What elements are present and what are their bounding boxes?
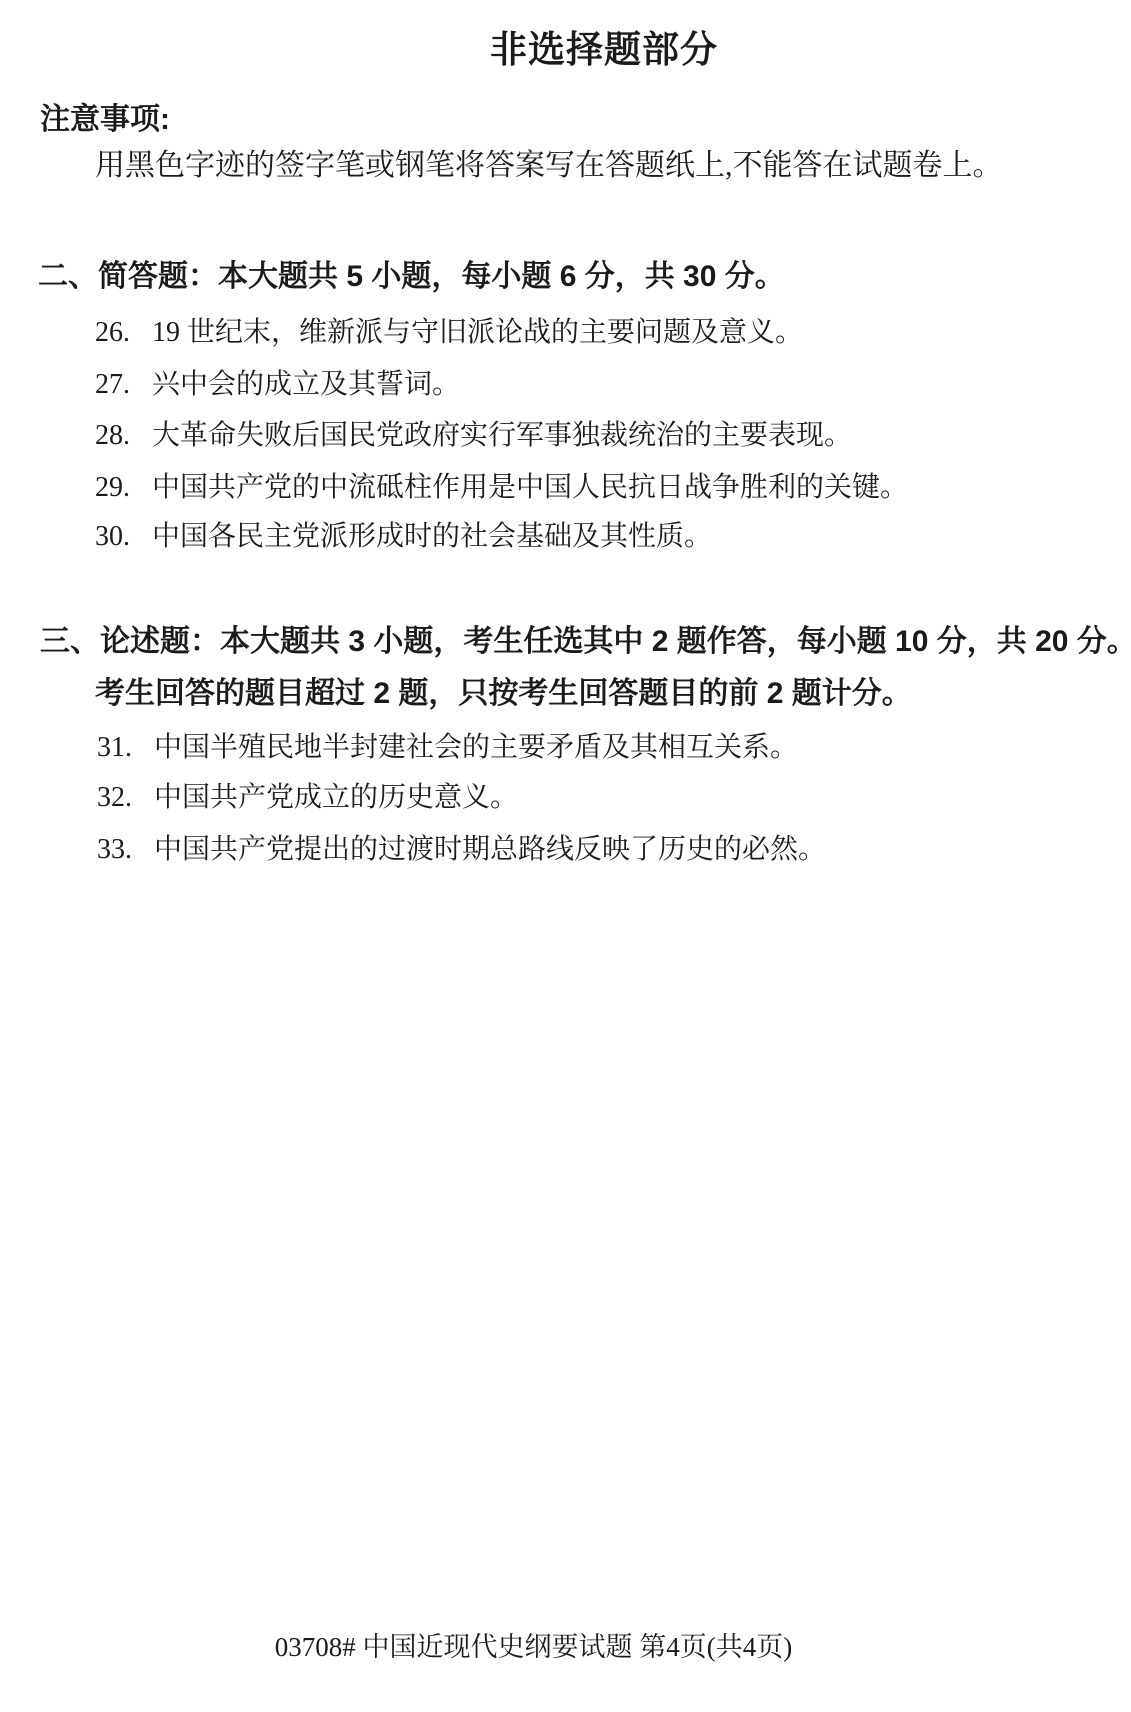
question-item-33: 33.中国共产党提出的过渡时期总路线反映了历史的必然。	[97, 834, 826, 866]
question-text: 中国共产党的中流砥柱作用是中国人民抗日战争胜利的关键。	[152, 472, 908, 503]
question-text: 中国共产党成立的历史意义。	[154, 782, 518, 813]
question-number: 31.	[97, 732, 154, 764]
question-number: 27.	[95, 369, 152, 401]
question-text: 大革命失败后国民党政府实行军事独裁统治的主要表现。	[152, 420, 852, 451]
question-item-30: 30.中国各民主党派形成时的社会基础及其性质。	[95, 521, 712, 553]
question-item-26: 26.19 世纪末，维新派与守旧派论战的主要问题及意义。	[95, 317, 803, 349]
section-short-answer-heading: 二、简答题：本大题共 5 小题，每小题 6 分，共 30 分。	[38, 260, 785, 295]
question-number: 32.	[97, 782, 154, 814]
notes-body: 用黑色字迹的签字笔或钢笔将答案写在答题纸上,不能答在试题卷上。	[95, 149, 1003, 184]
question-text: 中国共产党提出的过渡时期总路线反映了历史的必然。	[154, 834, 826, 865]
page-title: 非选择题部分	[490, 29, 718, 72]
question-number: 30.	[95, 521, 152, 553]
exam-paper-page: 非选择题部分 注意事项: 用黑色字迹的签字笔或钢笔将答案写在答题纸上,不能答在试…	[0, 0, 1131, 1712]
section-essay-heading-line1: 三、论述题：本大题共 3 小题，考生任选其中 2 题作答，每小题 10 分，共 …	[40, 625, 1131, 660]
page-footer: 03708# 中国近现代史纲要试题 第4页(共4页)	[0, 1632, 1067, 1663]
question-item-27: 27.兴中会的成立及其誓词。	[95, 369, 460, 401]
question-text: 兴中会的成立及其誓词。	[152, 369, 460, 400]
question-text: 中国半殖民地半封建社会的主要矛盾及其相互关系。	[154, 732, 798, 763]
question-number: 26.	[95, 317, 152, 349]
question-text: 19 世纪末，维新派与守旧派论战的主要问题及意义。	[152, 317, 803, 348]
question-number: 33.	[97, 834, 154, 866]
section-essay-heading-line2: 考生回答的题目超过 2 题，只按考生回答题目的前 2 题计分。	[95, 677, 912, 712]
question-item-28: 28.大革命失败后国民党政府实行军事独裁统治的主要表现。	[95, 420, 852, 452]
question-item-29: 29.中国共产党的中流砥柱作用是中国人民抗日战争胜利的关键。	[95, 472, 908, 504]
question-item-32: 32.中国共产党成立的历史意义。	[97, 782, 518, 814]
question-text: 中国各民主党派形成时的社会基础及其性质。	[152, 521, 712, 552]
notes-heading: 注意事项:	[40, 103, 170, 138]
question-item-31: 31.中国半殖民地半封建社会的主要矛盾及其相互关系。	[97, 732, 798, 764]
question-number: 29.	[95, 472, 152, 504]
question-number: 28.	[95, 420, 152, 452]
